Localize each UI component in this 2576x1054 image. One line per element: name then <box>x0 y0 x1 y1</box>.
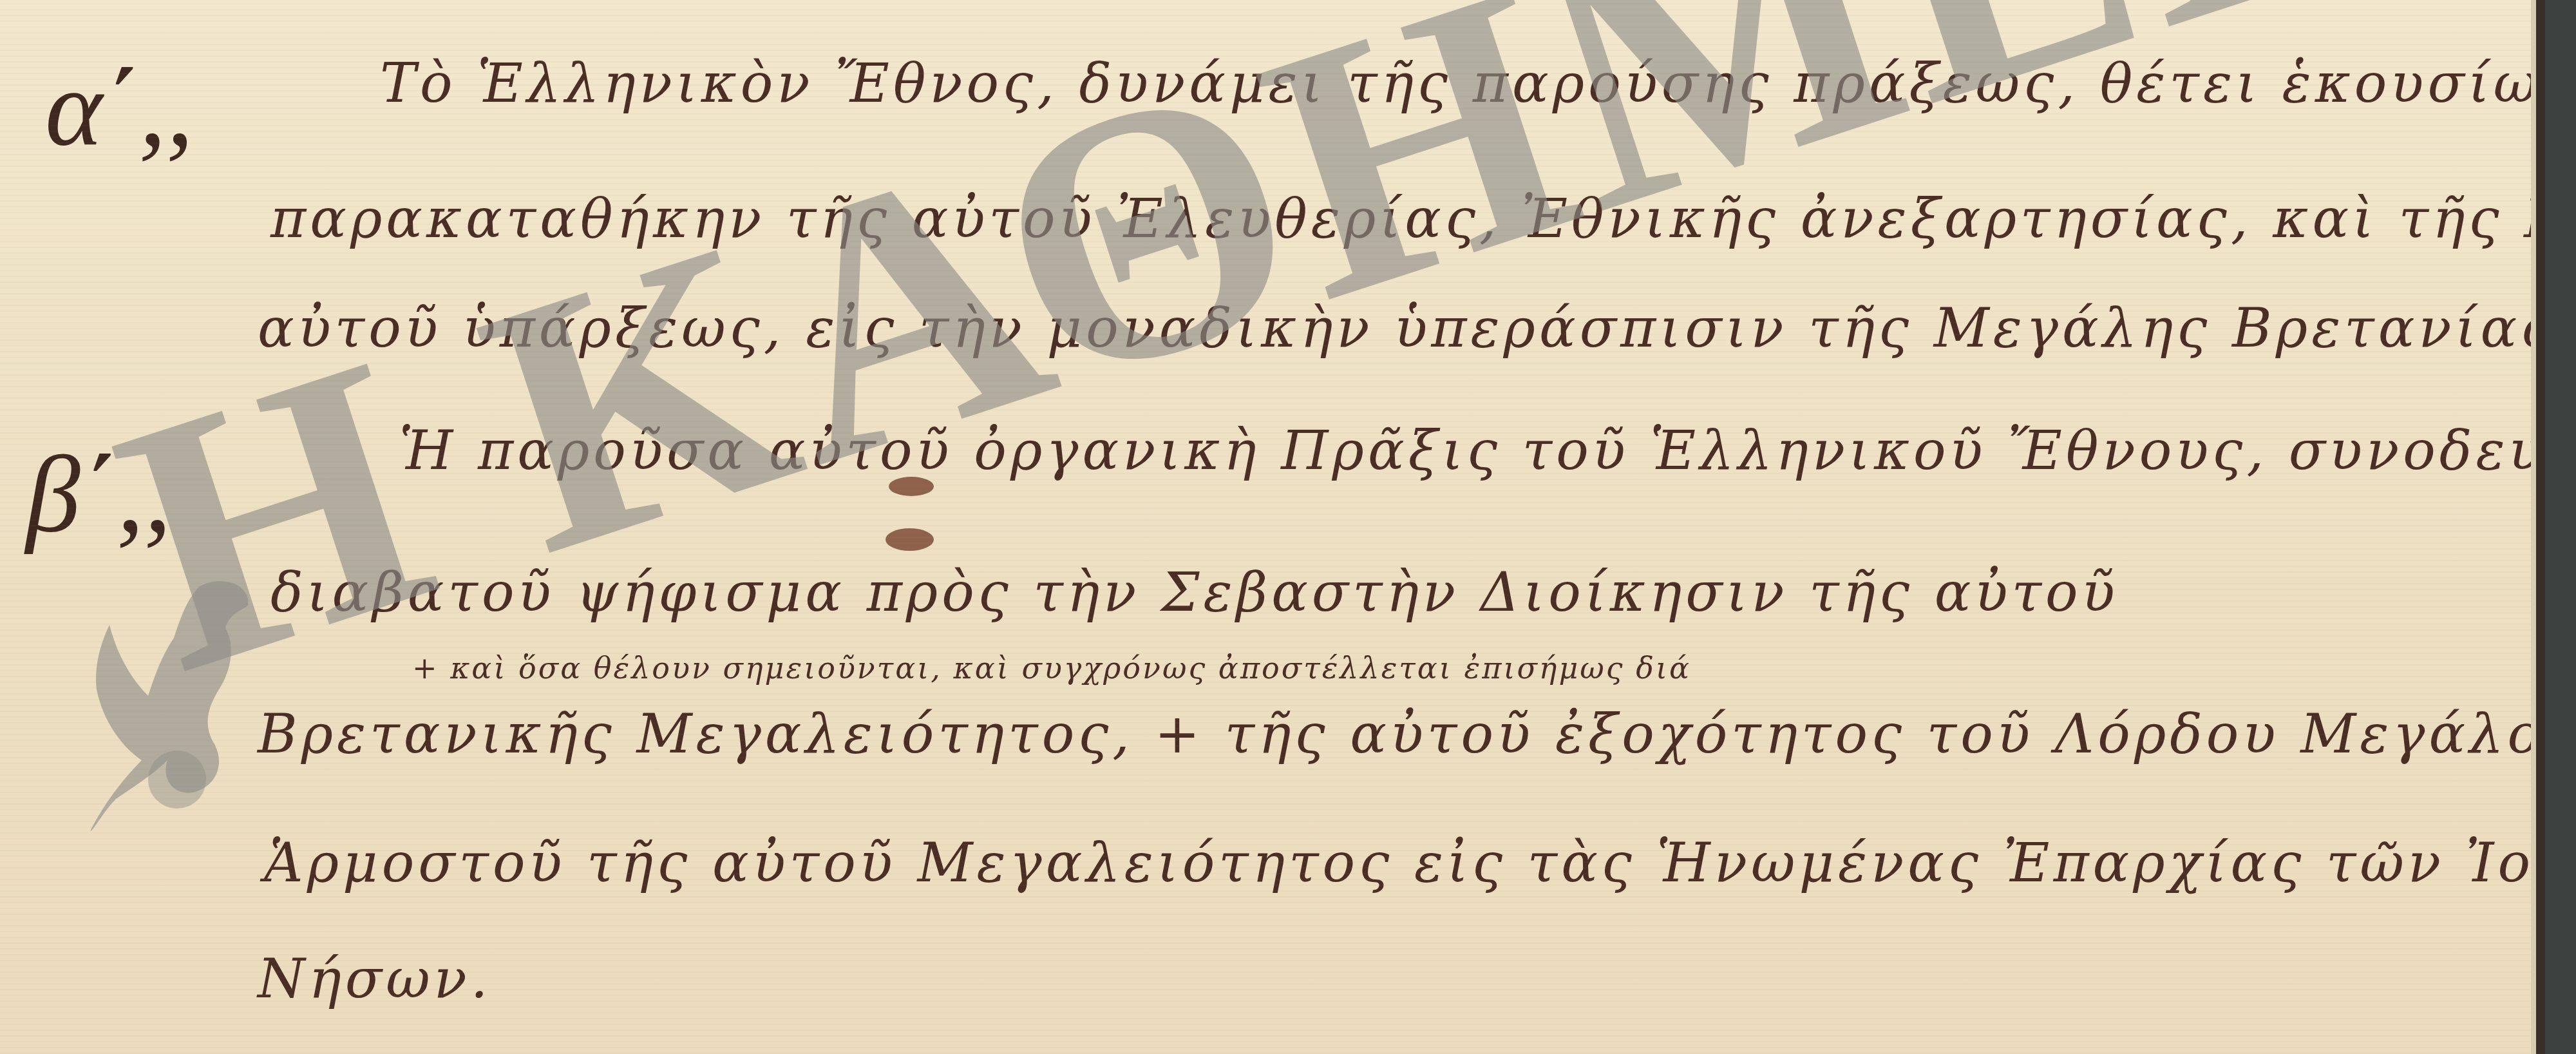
manuscript-line: Βρετανικῆς Μεγαλειότητος, + τῆς αὐτοῦ ἐξ… <box>258 702 2576 765</box>
newspaper-watermark: Η ΚΑΘΗΜΕΡΙΝΗ <box>77 0 2576 755</box>
manuscript-line: Ἁρμοστοῦ τῆς αὐτοῦ Μεγαλειότητος εἰς τὰς… <box>264 831 2576 894</box>
griffin-emblem-icon <box>64 567 296 838</box>
book-binding-edge <box>2531 0 2576 1054</box>
manuscript-line: παρακαταθήκην τῆς αὐτοῦ Ἐλευθερίας, Ἐθνι… <box>270 187 2576 250</box>
manuscript-line: διαβατοῦ ψήφισμα πρὸς τὴν Σεβαστὴν Διοίκ… <box>270 561 2119 624</box>
ink-stain <box>889 477 934 496</box>
manuscript-line: Τὸ Ἑλληνικὸν Ἔθνος, δυνάμει τῆς παρούσης… <box>380 52 2576 115</box>
section-numeral-alpha: α΄,, <box>45 45 194 171</box>
ink-stain <box>885 528 934 551</box>
section-numeral-beta: β΄,, <box>26 432 171 557</box>
interlinear-note: + καὶ ὅσα θέλουν σημειοῦνται, καὶ συγχρό… <box>412 651 1691 685</box>
manuscript-line: Ἡ παροῦσα αὐτοῦ ὀργανικὴ Πρᾶξις τοῦ Ἑλλη… <box>399 419 2576 482</box>
manuscript-line: Νήσων. <box>258 947 491 1010</box>
manuscript-line: αὐτοῦ ὑπάρξεως, εἰς τὴν μοναδικὴν ὑπεράσ… <box>258 296 2576 359</box>
manuscript-page: α΄,, Τὸ Ἑλληνικὸν Ἔθνος, δυνάμει τῆς παρ… <box>0 0 2531 1054</box>
